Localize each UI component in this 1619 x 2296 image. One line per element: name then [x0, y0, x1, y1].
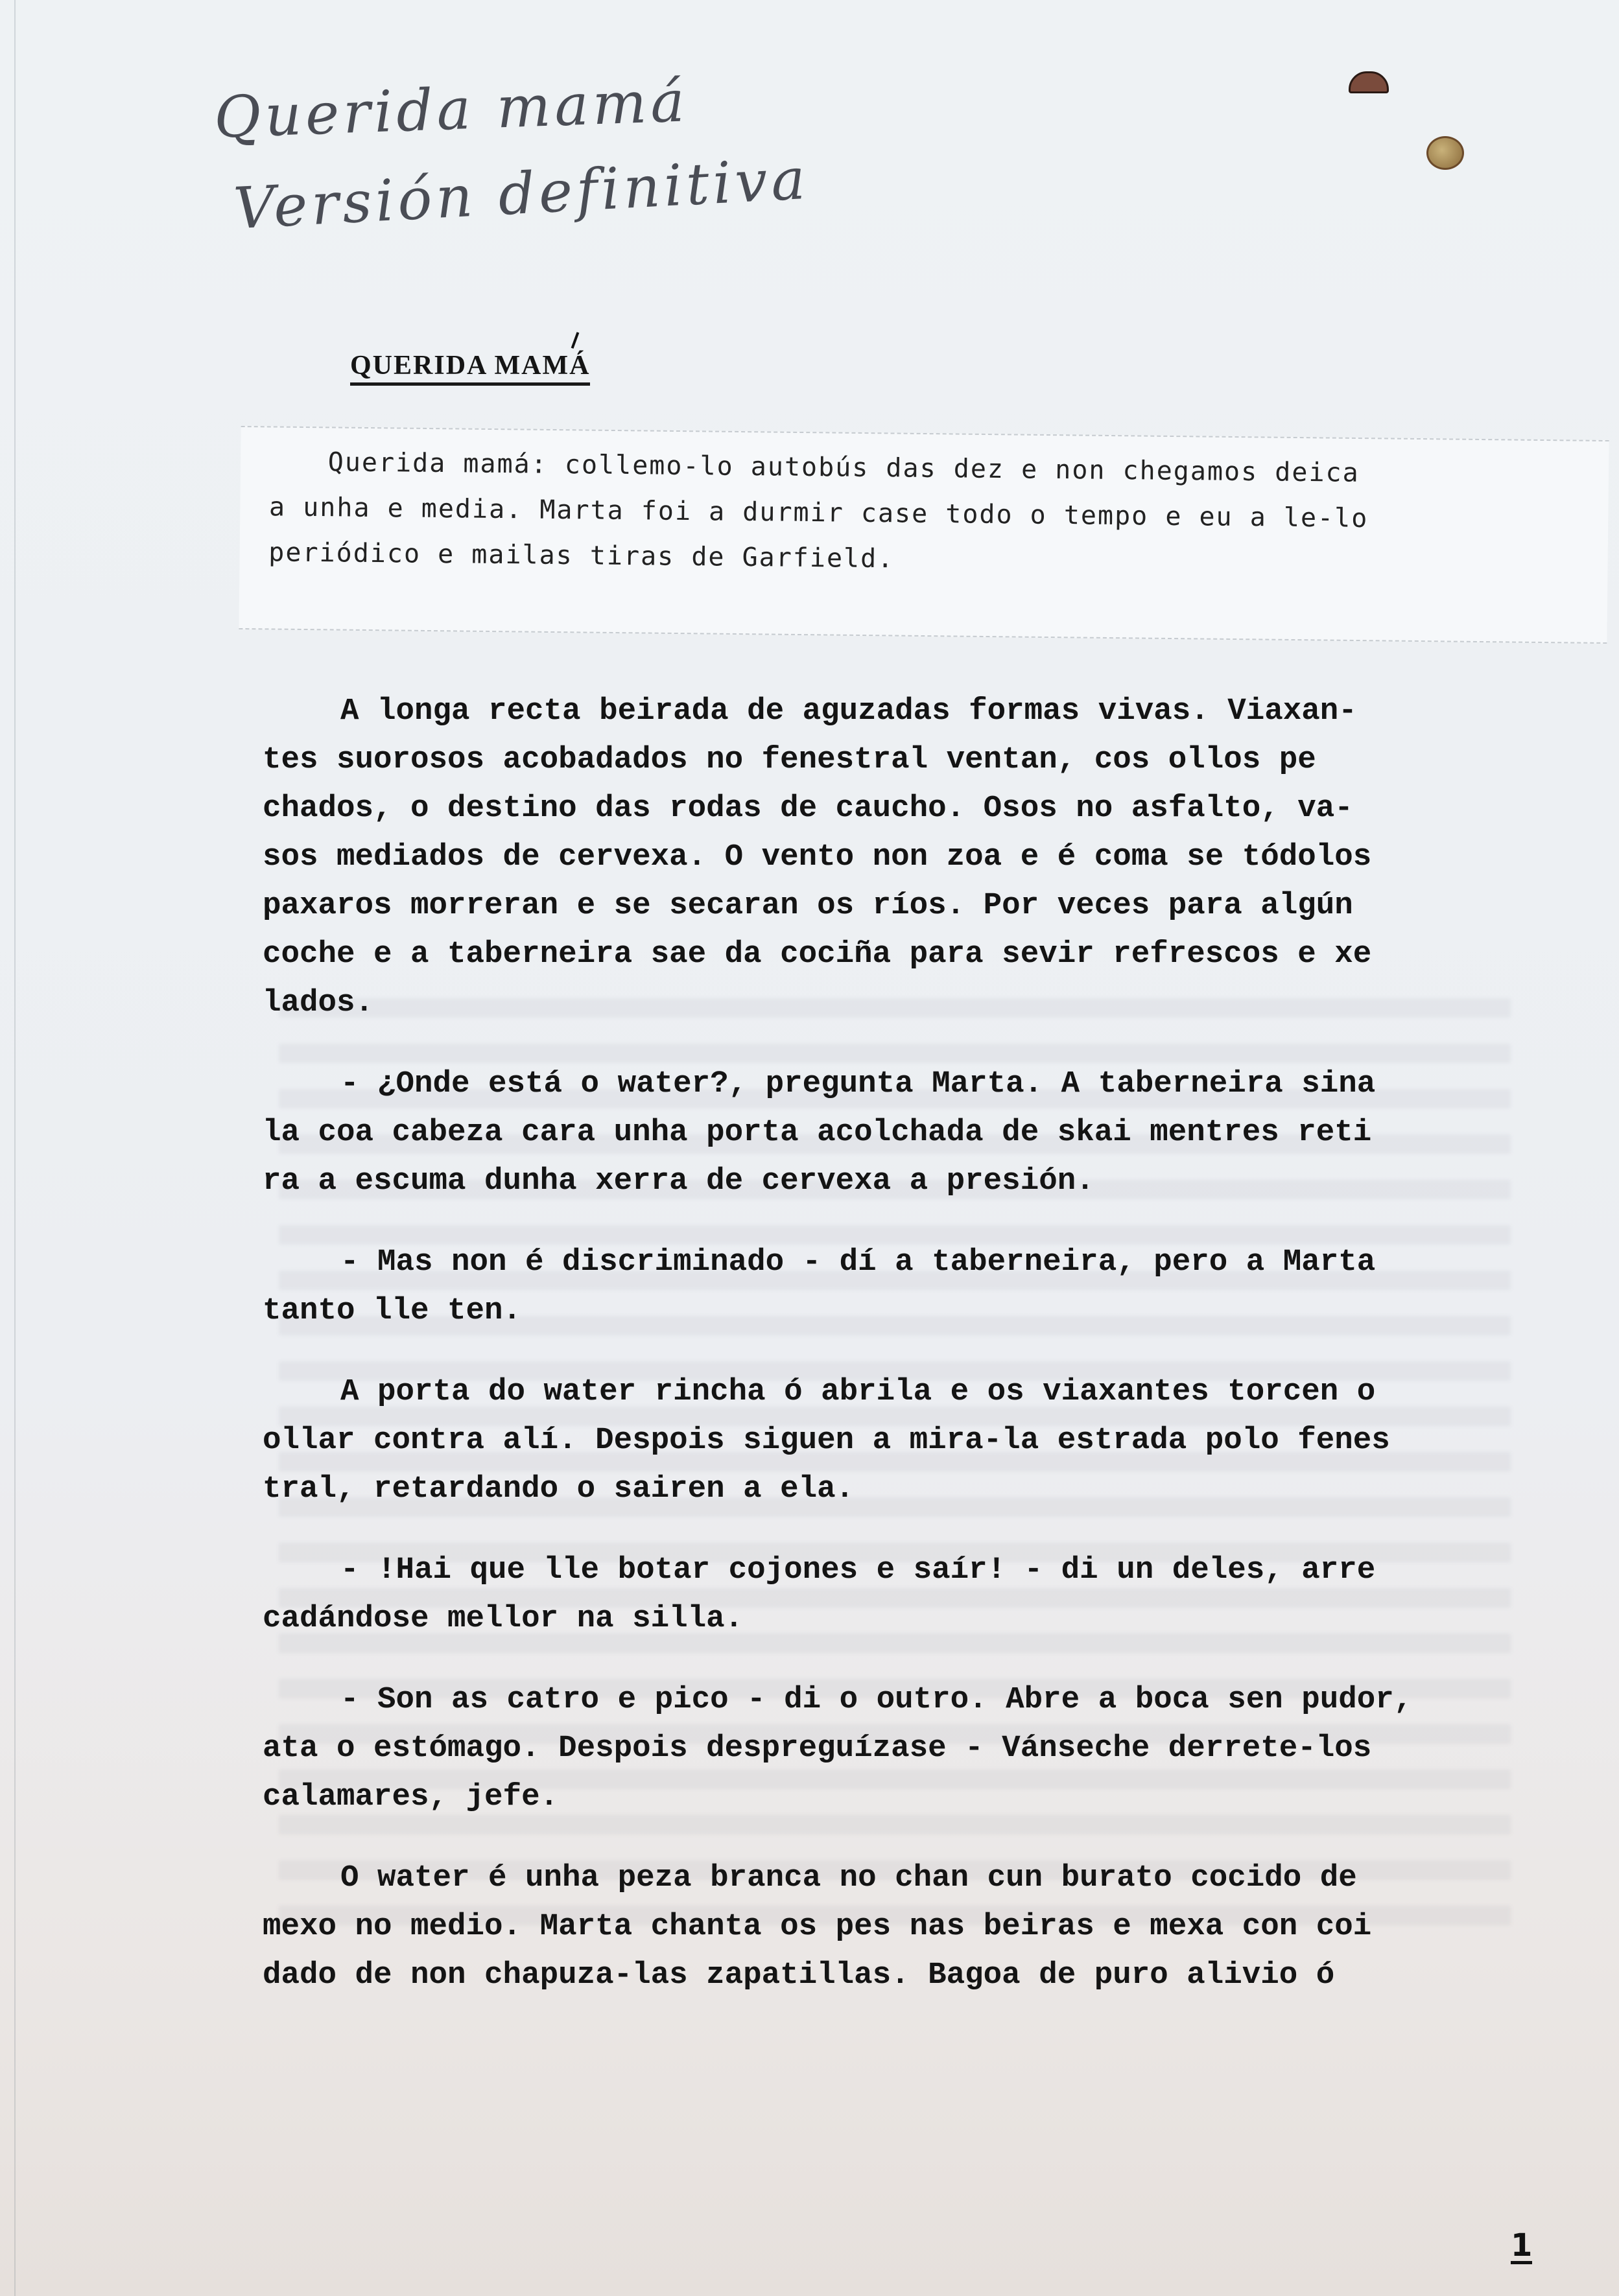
strip-line: Querida mamá: collemo-lo autobús das dez…	[328, 447, 1360, 488]
text-line: sos mediados de cervexa. O vento non zoa…	[263, 833, 1527, 882]
text-line: calamares, jefe.	[263, 1773, 1527, 1822]
text-line: - ¿Onde está o water?, pregunta Marta. A…	[263, 1060, 1527, 1108]
pasted-strip-text: Querida mamá: collemo-lo autobús das dez…	[268, 439, 1605, 589]
text-line: chados, o destino das rodas de caucho. O…	[263, 784, 1527, 833]
text-line: dado de non chapuza-las zapatillas. Bago…	[263, 1951, 1527, 2000]
text-line: la coa cabeza cara unha porta acolchada …	[263, 1108, 1527, 1157]
punch-hole-icon	[1349, 71, 1389, 93]
text-line: - Son as catro e pico - di o outro. Abre…	[263, 1676, 1527, 1724]
text-line: - !Hai que lle botar cojones e saír! - d…	[263, 1546, 1527, 1595]
paragraph: O water é unha peza branca no chan cun b…	[263, 1854, 1527, 2000]
text-line: - Mas non é discriminado - dí a tabernei…	[263, 1238, 1527, 1287]
paragraph: A porta do water rincha ó abrila e os vi…	[263, 1368, 1527, 1514]
paragraph: - Son as catro e pico - di o outro. Abre…	[263, 1676, 1527, 1822]
text-line: A longa recta beirada de aguzadas formas…	[263, 687, 1527, 736]
text-line: A porta do water rincha ó abrila e os vi…	[263, 1368, 1527, 1416]
handwritten-version-note: Versión definitiva	[232, 150, 810, 237]
paragraph: - !Hai que lle botar cojones e saír! - d…	[263, 1546, 1527, 1643]
page-edge	[14, 0, 16, 2296]
text-line: ra a escuma dunha xerra de cervexa a pre…	[263, 1157, 1527, 1206]
text-line: tanto lle ten.	[263, 1287, 1527, 1335]
paragraph: - ¿Onde está o water?, pregunta Marta. A…	[263, 1060, 1527, 1206]
stain-icon	[1426, 136, 1464, 170]
text-line: cadándose mellor na silla.	[263, 1595, 1527, 1643]
page-number: 1	[1511, 2230, 1532, 2264]
text-line: tral, retardando o sairen a ela.	[263, 1465, 1527, 1514]
text-line: ata o estómago. Despois despreguízase - …	[263, 1724, 1527, 1773]
text-line: lados.	[263, 979, 1527, 1027]
text-line: paxaros morreran e se secaran os ríos. P…	[263, 882, 1527, 930]
handwritten-accent-mark	[571, 332, 580, 349]
text-line: tes suorosos acobadados no fenestral ven…	[263, 736, 1527, 784]
text-line: mexo no medio. Marta chanta os pes nas b…	[263, 1903, 1527, 1951]
text-line: O water é unha peza branca no chan cun b…	[263, 1854, 1527, 1903]
paragraph: - Mas non é discriminado - dí a tabernei…	[263, 1238, 1527, 1335]
strip-line: a unha e media. Marta foi a durmir case …	[269, 492, 1369, 533]
typewritten-body: A longa recta beirada de aguzadas formas…	[263, 687, 1527, 2032]
strip-line: periódico e mailas tiras de Garfield.	[268, 537, 894, 574]
text-line: ollar contra alí. Despois siguen a mira-…	[263, 1416, 1527, 1465]
handwritten-title-note: Querida mamá	[213, 73, 689, 146]
text-line: coche e a taberneira sae da cociña para …	[263, 930, 1527, 979]
document-title: QUERIDA MAMÁ	[350, 350, 590, 386]
paragraph: A longa recta beirada de aguzadas formas…	[263, 687, 1527, 1027]
